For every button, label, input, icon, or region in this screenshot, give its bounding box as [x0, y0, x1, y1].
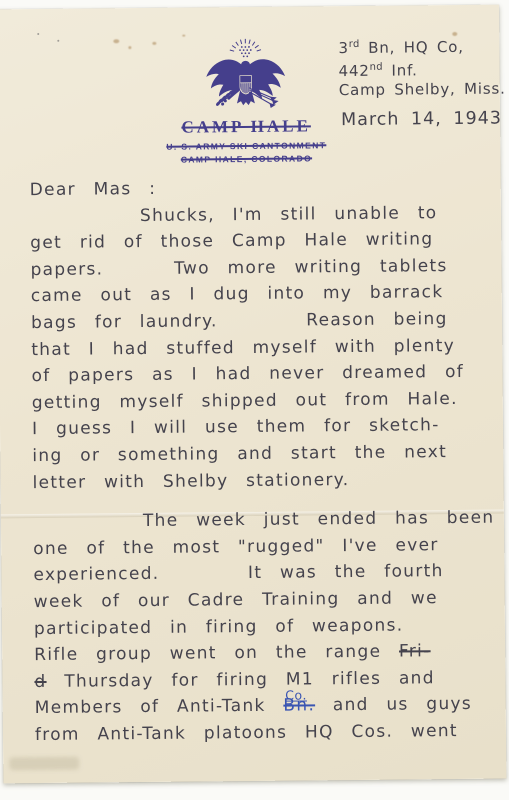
- date-line: March 14, 1943: [341, 109, 502, 131]
- letter-line: get rid of those Camp Hale writing: [30, 226, 492, 257]
- paper-stain: [128, 46, 131, 49]
- letterhead-subtitle-1: U. S. ARMY SKI CANTONMENT: [121, 140, 371, 152]
- letter-line: of papers as I had never dreamed of: [31, 359, 493, 390]
- letter-line: letter with Shelby stationery.: [32, 465, 494, 496]
- letter-line: Rifle group went on the range Fri-: [34, 638, 496, 669]
- address-line: 3rd Bn, HQ Co,: [338, 34, 505, 59]
- great-seal-eagle-icon: [193, 38, 298, 125]
- paper-stain: [182, 35, 185, 37]
- letterhead-camp-name: CAMP HALE: [146, 116, 346, 138]
- paper-stain: [152, 42, 156, 45]
- letter-line: ing or something and start the next: [32, 439, 494, 470]
- address-line: Camp Shelby, Miss.: [339, 80, 506, 101]
- paper-stain: [113, 39, 119, 43]
- address-line: 442nd Inf.: [338, 57, 505, 82]
- letter-line: from Anti-Tank platoons HQ Cos. went: [35, 717, 497, 748]
- paper-smudge: [9, 757, 79, 771]
- letter-line: bags for laundry. Reason being: [31, 306, 493, 337]
- pencil-speck: [37, 33, 39, 35]
- letter-line: The week just ended has been: [33, 505, 495, 536]
- letter-line: week of our Cadre Training and we: [34, 585, 496, 616]
- pencil-speck: [57, 40, 59, 42]
- address-block: 3rd Bn, HQ Co,442nd Inf.Camp Shelby, Mis…: [338, 34, 505, 101]
- letterhead-subtitle-2: CAMP HALE, COLORADO: [121, 153, 371, 165]
- inserted-correction: Co.: [285, 683, 307, 710]
- letter-paper: CAMP HALE U. S. ARMY SKI CANTONMENT CAMP…: [0, 5, 506, 784]
- letter-body: Dear Mas :Shucks, I'm still unable toget…: [30, 173, 497, 749]
- scanned-letter-page: CAMP HALE U. S. ARMY SKI CANTONMENT CAMP…: [0, 0, 509, 800]
